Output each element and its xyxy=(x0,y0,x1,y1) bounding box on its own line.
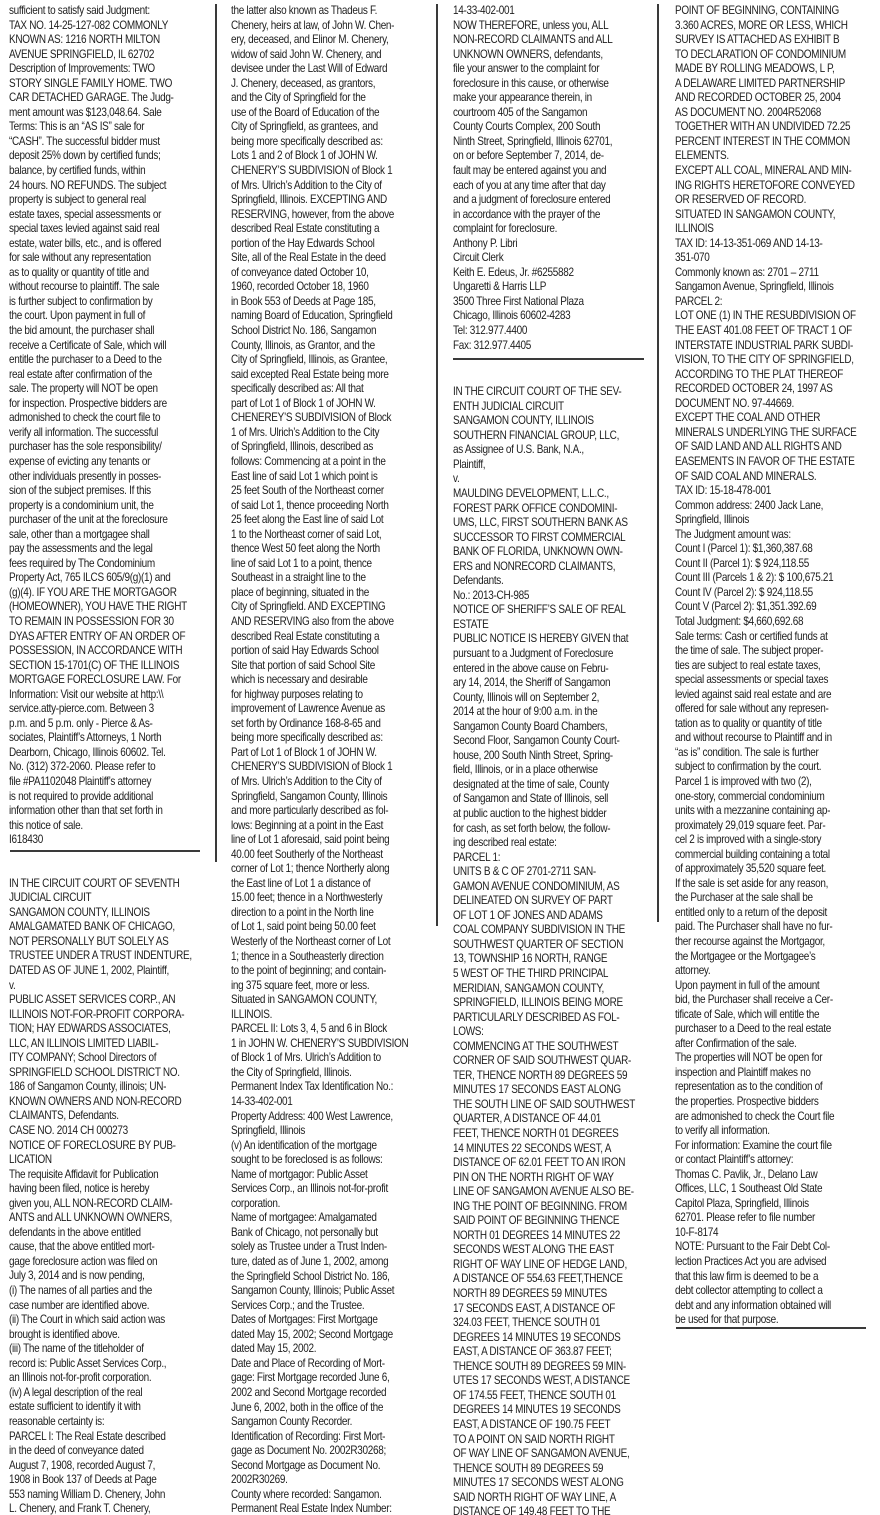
text-line: KNOWN OWNERS AND NON-RECORD xyxy=(9,1095,203,1110)
text-line: If the sale is set aside for any reason, xyxy=(675,877,869,892)
text-line: TAX NO. 14-25-127-082 COMMONLY xyxy=(9,19,203,34)
text-line: special taxes levied against said real xyxy=(9,222,203,237)
text-line: entitle the purchaser to a Deed to the xyxy=(9,353,203,368)
text-line: OF SAID COAL AND MINERALS. xyxy=(675,470,869,485)
text-line: gage foreclosure action was filed on xyxy=(9,1255,203,1270)
text-line: 1 in JOHN W. CHENERY’S SUBDIVISION xyxy=(231,1037,425,1052)
text-line: OF LOT 1 OF JONES AND ADAMS xyxy=(453,909,647,924)
text-line: CHENERY’S SUBDIVISION of Block 1 xyxy=(231,164,425,179)
text-line: and a judgment of foreclosure entered xyxy=(453,193,647,208)
text-line: LOT ONE (1) IN THE RESUBDIVISION OF xyxy=(675,309,869,324)
text-line: on or before September 7, 2014, de- xyxy=(453,149,647,164)
text-line: (ii) The Court in which said action was xyxy=(9,1313,203,1328)
text-line: LOWS: xyxy=(453,1025,647,1040)
text-line: Sangamon County Board Chambers, xyxy=(453,720,647,735)
text-line: of Sangamon and State of Illinois, sell xyxy=(453,792,647,807)
text-line: defendants in the above entitled xyxy=(9,1226,203,1241)
text-line: THENCE SOUTH 89 DEGREES 59 xyxy=(453,1462,647,1477)
text-line: ITY COMPANY; School Directors of xyxy=(9,1051,203,1066)
legal-notice-amalgamated-bank: IN THE CIRCUIT COURT OF SEVENTHJUDICIAL … xyxy=(9,877,203,1515)
text-line: designated at the time of sale, County xyxy=(453,778,647,793)
text-line: NOW THEREFORE, unless you, ALL xyxy=(453,19,647,34)
text-line: ties are subject to real estate taxes, xyxy=(675,659,869,674)
text-line: Second Mortgage as Document No. xyxy=(231,1459,425,1474)
text-line: be used for that purpose. xyxy=(675,1313,869,1328)
text-line: commercial building containing a total xyxy=(675,848,869,863)
text-line: ANTS and ALL UNKNOWN OWNERS, xyxy=(9,1211,203,1226)
text-line: COAL COMPANY SUBDIVISION IN THE xyxy=(453,923,647,938)
text-line: EXCEPT ALL COAL, MINERAL AND MIN- xyxy=(675,164,869,179)
text-line: after Confirmation of the sale. xyxy=(675,1037,869,1052)
text-line: SPRINGFIELD SCHOOL DISTRICT NO. xyxy=(9,1066,203,1081)
text-line: the bid amount, the purchaser shall xyxy=(9,324,203,339)
text-line: CAR DETACHED GARAGE. The Judg- xyxy=(9,91,203,106)
text-line: other individuals presently in posses- xyxy=(9,470,203,485)
text-line: the City of Springfield, Illinois. xyxy=(231,1066,425,1081)
text-line: purchaser to a Deed to the real estate xyxy=(675,1022,869,1037)
text-line: the time of sale. The subject proper- xyxy=(675,644,869,659)
text-line: TO REMAIN IN POSSESSION FOR 30 xyxy=(9,615,203,630)
text-line: naming Board of Education, Springfield xyxy=(231,309,425,324)
text-line: PERCENT INTEREST IN THE COMMON xyxy=(675,135,869,150)
text-line: corner of Lot 1; thence Northerly along xyxy=(231,862,425,877)
text-line: Name of mortgagee: Amalgamated xyxy=(231,1211,425,1226)
text-line: ERS and NONRECORD CLAIMANTS, xyxy=(453,560,647,575)
text-line: described Real Estate constituting a xyxy=(231,222,425,237)
text-line: courtroom 405 of the Sangamon xyxy=(453,106,647,121)
text-line: tation as to quality or quantity of titl… xyxy=(675,717,869,732)
text-line: debt and any information obtained will xyxy=(675,1299,869,1314)
text-line: MORTGAGE FORECLOSURE LAW. For xyxy=(9,673,203,688)
text-line: offered for sale without any represen- xyxy=(675,702,869,717)
text-line: THE SOUTH LINE OF SAID SOUTHWEST xyxy=(453,1098,647,1113)
text-line: the Mortgagee or the Mortgagee’s xyxy=(675,950,869,965)
text-line: NOTICE OF SHERIFF’S SALE OF REAL xyxy=(453,603,647,618)
text-line: line of Lot 1 aforesaid, said point bein… xyxy=(231,833,425,848)
text-line: one-story, commercial condominium xyxy=(675,790,869,805)
text-line: KNOWN AS: 1216 NORTH MILTON xyxy=(9,33,203,48)
text-line: portion of said Hay Edwards School xyxy=(231,644,425,659)
text-line: IN THE CIRCUIT COURT OF THE SEV- xyxy=(453,385,647,400)
text-line: DELINEATED ON SURVEY OF PART xyxy=(453,894,647,909)
text-line: sought to be foreclosed is as follows: xyxy=(231,1153,425,1168)
text-line: ther recourse against the Mortgagor, xyxy=(675,935,869,950)
text-line: balance, by certified funds, within xyxy=(9,164,203,179)
text-line: make your appearance therein, in xyxy=(453,91,647,106)
text-line: The properties will NOT be open for xyxy=(675,1051,869,1066)
text-line: field, Illinois, or in a place otherwise xyxy=(453,763,647,778)
text-line: DOCUMENT NO. 97-44669. xyxy=(675,397,869,412)
legal-notice-amalgamated-bank-cont: the latter also known as Thadeus F.Chene… xyxy=(231,4,425,1515)
text-line: bid, the Purchaser shall receive a Cer- xyxy=(675,993,869,1008)
text-line: July 3, 2014 and is now pending, xyxy=(9,1269,203,1284)
text-line: debt collector attempting to collect a xyxy=(675,1284,869,1299)
text-line: Sangamon County Recorder. xyxy=(231,1415,425,1430)
text-line: (i) The names of all parties and the xyxy=(9,1284,203,1299)
text-line: foreclosure in this cause, or otherwise xyxy=(453,77,647,92)
text-line: v. xyxy=(453,472,647,487)
text-line: 2002R30269. xyxy=(231,1473,425,1488)
text-line: For information: Examine the court file xyxy=(675,1139,869,1154)
text-line: of Mrs. Ulrich’s Addition to the City of xyxy=(231,775,425,790)
text-line: PARCEL I: The Real Estate described xyxy=(9,1430,203,1445)
text-line: lows: Beginning at a point in the East xyxy=(231,819,425,834)
text-line: 2002 and Second Mortgage recorded xyxy=(231,1386,425,1401)
text-line: estate sufficient to identify it with xyxy=(9,1400,203,1415)
text-line: Westerly of the Northeast corner of Lot xyxy=(231,935,425,950)
text-line: lection Practices Act you are advised xyxy=(675,1255,869,1270)
text-line: ILLINOIS xyxy=(675,222,869,237)
text-line: SURVEY IS ATTACHED AS EXHIBIT B xyxy=(675,33,869,48)
text-line: as Assignee of U.S. Bank, N.A., xyxy=(453,443,647,458)
text-line: sociates, Plaintiff’s Attorneys, 1 North xyxy=(9,731,203,746)
text-line: and the City of Springfield for the xyxy=(231,91,425,106)
column-2: the latter also known as Thadeus F.Chene… xyxy=(231,4,425,1515)
text-line: sale, other than a mortgagee shall xyxy=(9,528,203,543)
text-line: Chenery, heirs at law, of John W. Chen- xyxy=(231,19,425,34)
text-line: said excepted Real Estate being more xyxy=(231,368,425,383)
text-line: SANGAMON COUNTY, ILLINOIS xyxy=(453,414,647,429)
text-line: complaint for foreclosure. xyxy=(453,222,647,237)
text-line: Bank of Chicago, not personally but xyxy=(231,1226,425,1241)
text-line: the court. Upon payment in full of xyxy=(9,309,203,324)
text-line: devisee under the Last Will of Edward xyxy=(231,62,425,77)
text-line: 1; thence in a Southeasterly direction xyxy=(231,950,425,965)
text-line: information other than that set forth in xyxy=(9,804,203,819)
text-line: RIGHT OF WAY LINE OF HEDGE LAND, xyxy=(453,1258,647,1273)
text-line: Situated in SANGAMON COUNTY, xyxy=(231,993,425,1008)
text-line: fees required by The Condominium xyxy=(9,557,203,572)
text-line: attorney. xyxy=(675,964,869,979)
text-line: of approximately 35,520 square feet. xyxy=(675,862,869,877)
text-line: FOREST PARK OFFICE CONDOMINI- xyxy=(453,502,647,517)
text-line: A DISTANCE OF 554.63 FEET,THENCE xyxy=(453,1272,647,1287)
text-line: “as is” condition. The sale is further xyxy=(675,746,869,761)
legal-notice-southern-financial: IN THE CIRCUIT COURT OF THE SEV-ENTH JUD… xyxy=(453,385,647,1515)
text-line: NOT PERSONALLY BUT SOLELY AS xyxy=(9,935,203,950)
text-line: the latter also known as Thadeus F. xyxy=(231,4,425,19)
text-line: OF SAID LAND AND ALL RIGHTS AND xyxy=(675,440,869,455)
text-line: Defendants. xyxy=(453,574,647,589)
text-line: AVENUE SPRINGFIELD, IL 62702 xyxy=(9,48,203,63)
text-line: MAULDING DEVELOPMENT, L.L.C., xyxy=(453,487,647,502)
text-line: PARCEL 2: xyxy=(675,295,869,310)
text-line: Dates of Mortgages: First Mortgage xyxy=(231,1313,425,1328)
column-divider-2 xyxy=(436,4,438,926)
text-line: 14 MINUTES 22 SECONDS WEST, A xyxy=(453,1142,647,1157)
text-line: entered in the above cause on Febru- xyxy=(453,662,647,677)
text-line: 25 feet along the East line of said Lot xyxy=(231,513,425,528)
text-line: (g)(4). IF YOU ARE THE MORTGAGOR xyxy=(9,586,203,601)
text-line: of said Lot 1, thence proceeding North xyxy=(231,499,425,514)
text-line: County Courts Complex, 200 South xyxy=(453,120,647,135)
text-line: Name of mortgagor: Public Asset xyxy=(231,1168,425,1183)
text-line: AS DOCUMENT NO. 2004R52068 xyxy=(675,106,869,121)
text-line: OF 174.55 FEET, THENCE SOUTH 01 xyxy=(453,1389,647,1404)
text-line: special assessments or special taxes xyxy=(675,673,869,688)
text-line: Capitol Plaza, Springfield, Illinois xyxy=(675,1197,869,1212)
text-line: without recourse to plaintiff. The sale xyxy=(9,280,203,295)
text-line: CHENEREY’S SUBDIVISION of Block xyxy=(231,411,425,426)
text-line: Parcel 1 is improved with two (2), xyxy=(675,775,869,790)
text-line: described Real Estate constituting a xyxy=(231,630,425,645)
text-line: fault may be entered against you and xyxy=(453,164,647,179)
text-line: v. xyxy=(9,979,203,994)
text-line: that this law firm is deemed to be a xyxy=(675,1270,869,1285)
text-line: Anthony P. Libri xyxy=(453,237,647,252)
text-line: MINUTES 17 SECONDS EAST ALONG xyxy=(453,1083,647,1098)
text-line: ESTATE xyxy=(453,618,647,633)
text-line: 1 to the Northeast corner of said Lot, xyxy=(231,528,425,543)
text-line: (HOMEOWNER), YOU HAVE THE RIGHT xyxy=(9,600,203,615)
text-line: SITUATED IN SANGAMON COUNTY, xyxy=(675,208,869,223)
text-line: gage: First Mortgage recorded June 6, xyxy=(231,1371,425,1386)
text-line: SAID NORTH RIGHT OF WAY LINE, A xyxy=(453,1491,647,1506)
text-line: ING RIGHTS HERETOFORE CONVEYED xyxy=(675,179,869,194)
text-line: ary 14, 2014, the Sheriff of Sangamon xyxy=(453,676,647,691)
text-line: dated May 15, 2002. xyxy=(231,1342,425,1357)
text-line: property is a condominium unit, the xyxy=(9,499,203,514)
text-line: property is subject to general real xyxy=(9,193,203,208)
text-line: NON-RECORD CLAIMANTS and ALL xyxy=(453,33,647,48)
text-line: Circuit Clerk xyxy=(453,251,647,266)
text-line: UMS, LLC, FIRST SOUTHERN BANK AS xyxy=(453,516,647,531)
text-line: set forth by Ordinance 168-8-65 and xyxy=(231,717,425,732)
text-line: THENCE SOUTH 89 DEGREES 59 MIN- xyxy=(453,1360,647,1375)
text-line: Count II (Parcel 1): $ 924,118.55 xyxy=(675,557,869,572)
text-line: of Springfield, Illinois, described as xyxy=(231,440,425,455)
text-line: Permanent Index Tax Identification No.: xyxy=(231,1080,425,1095)
text-line: LICATION xyxy=(9,1153,203,1168)
text-line: City of Springfield. AND EXCEPTING xyxy=(231,600,425,615)
text-line: Springfield, Illinois. EXCEPTING AND xyxy=(231,193,425,208)
text-line: purchaser has the sole responsibility/ xyxy=(9,440,203,455)
column-4: POINT OF BEGINNING, CONTAINING3.360 ACRE… xyxy=(675,4,869,1328)
text-line: Terms: This is an “AS IS” sale for xyxy=(9,120,203,135)
text-line: Sangamon County, Illinois; Public Asset xyxy=(231,1284,425,1299)
text-line: PARTICULARLY DESCRIBED AS FOL- xyxy=(453,1011,647,1026)
text-line: No. (312) 372-2060. Please refer to xyxy=(9,760,203,775)
text-line: being more specifically described as: xyxy=(231,731,425,746)
text-line: POINT OF BEGINNING, CONTAINING xyxy=(675,4,869,19)
text-line: DISTANCE OF 62.01 FEET TO AN IRON xyxy=(453,1156,647,1171)
text-line: Common address: 2400 Jack Lane, xyxy=(675,499,869,514)
text-line: TER, THENCE NORTH 89 DEGREES 59 xyxy=(453,1069,647,1084)
text-line: CORNER OF SAID SOUTHWEST QUAR- xyxy=(453,1054,647,1069)
text-line: COMMENCING AT THE SOUTHWEST xyxy=(453,1040,647,1055)
text-line: Offices, LLC, 1 Southeast Old State xyxy=(675,1182,869,1197)
text-line: the East line of Lot 1 a distance of xyxy=(231,877,425,892)
text-line: 5 WEST OF THE THIRD PRINCIPAL xyxy=(453,967,647,982)
text-line: Sale terms: Cash or certified funds at xyxy=(675,630,869,645)
text-line: reasonable certainty is: xyxy=(9,1415,203,1430)
text-line: Thomas C. Pavlik, Jr., Delano Law xyxy=(675,1168,869,1183)
text-line: to verify all information. xyxy=(675,1124,869,1139)
text-line: ILLINOIS NOT-FOR-PROFIT CORPORA- xyxy=(9,1008,203,1023)
text-line: STORY SINGLE FAMILY HOME. TWO xyxy=(9,77,203,92)
legal-notice-southern-financial-cont: POINT OF BEGINNING, CONTAINING3.360 ACRE… xyxy=(675,4,869,1328)
text-line: gage as Document No. 2002R30268; xyxy=(231,1444,425,1459)
text-line: Tel: 312.977.4400 xyxy=(453,324,647,339)
text-line: TRUSTEE UNDER A TRUST INDENTURE, xyxy=(9,949,203,964)
text-line: paid. The Purchaser shall have no fur- xyxy=(675,920,869,935)
text-line: cause, that the above entitled mort- xyxy=(9,1240,203,1255)
text-line: 1 of Mrs. Ulrich’s Addition to the City xyxy=(231,426,425,441)
text-line: 1908 in Book 137 of Deeds at Page xyxy=(9,1473,203,1488)
text-line: SECONDS WEST ALONG THE EAST xyxy=(453,1243,647,1258)
text-line: RESERVING, however, from the above xyxy=(231,208,425,223)
text-line: being more specifically described as: xyxy=(231,135,425,150)
text-line: Springfield, Illinois xyxy=(675,513,869,528)
text-line: City of Springfield, as grantees, and xyxy=(231,120,425,135)
column-3: 14-33-402-001NOW THEREFORE, unless you, … xyxy=(453,4,647,1515)
text-line: SANGAMON COUNTY, ILLINOIS xyxy=(9,906,203,921)
text-line: Second Floor, Sangamon County Court- xyxy=(453,734,647,749)
text-line: JUDICIAL CIRCUIT xyxy=(9,891,203,906)
text-line: “CASH”. The successful bidder must xyxy=(9,135,203,150)
text-line: ACCORDING TO THE PLAT THEREOF xyxy=(675,368,869,383)
text-line: TOGETHER WITH AN UNDIVIDED 72.25 xyxy=(675,120,869,135)
text-line: TO DECLARATION OF CONDOMINIUM xyxy=(675,48,869,63)
text-line: 14-33-402-001 xyxy=(231,1095,425,1110)
text-line: SOUTHWEST QUARTER OF SECTION xyxy=(453,938,647,953)
text-line: Total Judgment: $4,660,692.68 xyxy=(675,615,869,630)
text-line: the Springfield School District No. 186, xyxy=(231,1270,425,1285)
text-line: 3.360 ACRES, MORE OR LESS, WHICH xyxy=(675,19,869,34)
text-line: to the point of beginning; and contain- xyxy=(231,964,425,979)
text-line: EXCEPT THE COAL AND OTHER xyxy=(675,411,869,426)
text-line: NOTICE OF FORECLOSURE BY PUB- xyxy=(9,1139,203,1154)
text-line: (v) An identification of the mortgage xyxy=(231,1139,425,1154)
text-line: as to quality or quantity of title and xyxy=(9,266,203,281)
text-line: sale. The property will NOT be open xyxy=(9,382,203,397)
text-line: QUARTER, A DISTANCE OF 44.01 xyxy=(453,1112,647,1127)
text-line: FEET, THENCE NORTH 01 DEGREES xyxy=(453,1127,647,1142)
column-1: sufficient to satisfy said Judgment:TAX … xyxy=(9,4,203,1515)
text-line: improvement of Lawrence Avenue as xyxy=(231,702,425,717)
text-line: in Book 553 of Deeds at Page 185, xyxy=(231,295,425,310)
text-line: SUCCESSOR TO FIRST COMMERCIAL xyxy=(453,531,647,546)
text-line: the Purchaser at the sale shall be xyxy=(675,891,869,906)
text-line: Identification of Recording: First Mort- xyxy=(231,1430,425,1445)
text-line: CLAIMANTS, Defendants. xyxy=(9,1109,203,1124)
text-line: County, Illinois will on September 2, xyxy=(453,691,647,706)
text-line: UNITS B & C OF 2701-2711 SAN- xyxy=(453,865,647,880)
text-line: School District No. 186, Sangamon xyxy=(231,324,425,339)
text-line: Count IV (Parcel 2): $ 924,118.55 xyxy=(675,586,869,601)
text-line: ery, deceased, and Elinor M. Chenery, xyxy=(231,33,425,48)
text-line: J. Chenery, deceased, as grantors, xyxy=(231,77,425,92)
text-line: 1960, recorded October 18, 1960 xyxy=(231,280,425,295)
text-line: Count I (Parcel 1): $1,360,387.68 xyxy=(675,542,869,557)
text-line: MADE BY ROLLING MEADOWS, L P, xyxy=(675,62,869,77)
text-line: 351-070 xyxy=(675,251,869,266)
text-line: Services Corp., an Illinois not-for-prof… xyxy=(231,1182,425,1197)
text-line: POSSESSION, IN ACCORDANCE WITH xyxy=(9,644,203,659)
text-line: Date and Place of Recording of Mort- xyxy=(231,1357,425,1372)
text-line: DYAS AFTER ENTRY OF AN ORDER OF xyxy=(9,630,203,645)
text-line: inspection and Plaintiff makes no xyxy=(675,1066,869,1081)
text-line: I618430 xyxy=(9,833,203,848)
text-line: ING THE POINT OF BEGINNING. FROM xyxy=(453,1200,647,1215)
text-line: Description of Improvements: TWO xyxy=(9,62,203,77)
text-line: City of Springfield, Illinois, as Grante… xyxy=(231,353,425,368)
text-line: DEGREES 14 MINUTES 19 SECONDS xyxy=(453,1331,647,1346)
text-line: OR RESERVED OF RECORD. xyxy=(675,193,869,208)
text-line: and more particularly described as fol- xyxy=(231,804,425,819)
text-line: MINERALS UNDERLYING THE SURFACE xyxy=(675,426,869,441)
text-line: sion of the subject premises. If this xyxy=(9,484,203,499)
text-line: purchaser of the unit at the foreclosure xyxy=(9,513,203,528)
text-line: ture, dated as of June 1, 2002, among xyxy=(231,1255,425,1270)
text-line: representation as to the condition of xyxy=(675,1080,869,1095)
text-line: deposit 25% down by certified funds; xyxy=(9,149,203,164)
text-line: Sangamon Avenue, Springfield, Illinois xyxy=(675,280,869,295)
text-line: EASEMENTS IN FAVOR OF THE ESTATE xyxy=(675,455,869,470)
text-line: Dearborn, Chicago, Illinois 60602. Tel. xyxy=(9,746,203,761)
text-line: A DELAWARE LIMITED PARTNERSHIP xyxy=(675,77,869,92)
text-line: THE EAST 401.08 FEET OF TRACT 1 OF xyxy=(675,324,869,339)
legal-notice-amalgamated-bank-end: 14-33-402-001NOW THEREFORE, unless you, … xyxy=(453,4,647,353)
text-line: L. Chenery, and Frank T. Chenery, xyxy=(9,1502,203,1515)
text-line: Commonly known as: 2701 – 2711 xyxy=(675,266,869,281)
text-line: 13, TOWNSHIP 16 NORTH, RANGE xyxy=(453,952,647,967)
text-line: corporation. xyxy=(231,1197,425,1212)
text-line: for highway purposes relating to xyxy=(231,688,425,703)
text-line: entitled only to a return of the deposit xyxy=(675,906,869,921)
text-line: estate taxes, special assessments or xyxy=(9,208,203,223)
text-line: Southeast in a straight line to the xyxy=(231,571,425,586)
text-line: June 6, 2002, both in the office of the xyxy=(231,1401,425,1416)
text-line: AND RECORDED OCTOBER 25, 2004 xyxy=(675,91,869,106)
text-line: 553 naming William D. Chenery, John xyxy=(9,1488,203,1503)
text-line: of Mrs. Ulrich’s Addition to the City of xyxy=(231,179,425,194)
text-line: CASE NO. 2014 CH 000273 xyxy=(9,1124,203,1139)
text-line: NOTE: Pursuant to the Fair Debt Col- xyxy=(675,1240,869,1255)
column-divider-3 xyxy=(657,4,659,922)
text-line: PUBLIC ASSET SERVICES CORP., AN xyxy=(9,993,203,1008)
text-line: LINE OF SANGAMON AVENUE ALSO BE- xyxy=(453,1185,647,1200)
text-line: TION; HAY EDWARDS ASSOCIATES, xyxy=(9,1022,203,1037)
text-line: ment amount was $123,048.64. Sale xyxy=(9,106,203,121)
text-line: are admonished to check the Court file xyxy=(675,1110,869,1125)
text-line: 24 hours. NO REFUNDS. The subject xyxy=(9,179,203,194)
text-line: is not required to provide additional xyxy=(9,790,203,805)
text-line: Ungaretti & Harris LLP xyxy=(453,280,647,295)
text-line: real estate after confirmation of the xyxy=(9,368,203,383)
text-line: PARCEL 1: xyxy=(453,851,647,866)
text-line: DISTANCE OF 149.48 FEET TO THE xyxy=(453,1505,647,1515)
text-line: No.: 2013-CH-985 xyxy=(453,589,647,604)
text-line: LLC, AN ILLINOIS LIMITED LIABIL- xyxy=(9,1037,203,1052)
text-line: MINUTES 17 SECONDS WEST ALONG xyxy=(453,1476,647,1491)
text-line: Property Address: 400 West Lawrence, xyxy=(231,1110,425,1125)
text-line: County where recorded: Sangamon. xyxy=(231,1488,425,1503)
text-line: use of the Board of Education of the xyxy=(231,106,425,121)
text-line: Fax: 312.977.4405 xyxy=(453,339,647,354)
text-line: portion of the Hay Edwards School xyxy=(231,237,425,252)
text-line: of Lot 1, said point being 50.00 feet xyxy=(231,920,425,935)
text-line: ing 375 square feet, more or less. xyxy=(231,979,425,994)
text-line: GAMON AVENUE CONDOMINIUM, AS xyxy=(453,880,647,895)
text-line: 25 feet South of the Northeast corner xyxy=(231,484,425,499)
text-line: which is necessary and desirable xyxy=(231,673,425,688)
text-line: given you, ALL NON-RECORD CLAIM- xyxy=(9,1197,203,1212)
text-line: AND RESERVING also from the above xyxy=(231,615,425,630)
text-line: widow of said John W. Chenery, and xyxy=(231,48,425,63)
text-line: for inspection. Prospective bidders are xyxy=(9,397,203,412)
text-line: SAID POINT OF BEGINNING THENCE xyxy=(453,1214,647,1229)
